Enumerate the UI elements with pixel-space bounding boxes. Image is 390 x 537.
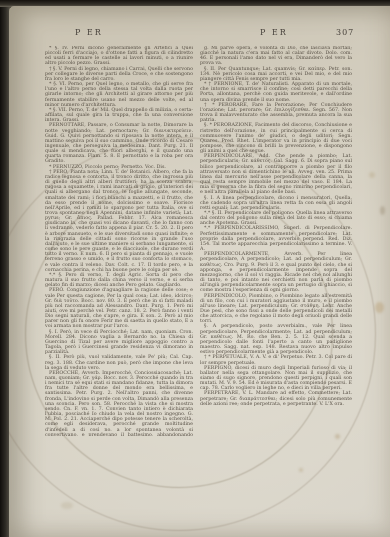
foxing-stain	[380, 206, 385, 215]
entry-paragraph: PERPIGNO, dicesi di muro degli Imperiali…	[200, 366, 352, 392]
entry-paragraph: * † PERNIONE, T. de' Naturalisti. Appara…	[200, 82, 352, 103]
entry-paragraph: §. II. Per Quantunque; Lat. quamvis; Gr.…	[200, 67, 352, 82]
entry-paragraph: §. II. Però più, vuol validamente, vale …	[45, 355, 193, 370]
text-column-right: g. Mi parve opera, e volontà di Dio, che…	[200, 46, 352, 436]
running-head-right: P ER	[260, 28, 288, 37]
entry-paragraph: * §. IV. Perni dicono generalmente gli A…	[45, 46, 193, 67]
entry-paragraph: † PERO, Pianta nota; Linn. T. de' Botani…	[45, 170, 193, 273]
foxing-stain	[299, 468, 303, 472]
entry-paragraph: † §. V. Perni di legno, chiamano i Carra…	[45, 67, 193, 82]
entry-paragraph: g. Mi parve opera, e volontà di Dio, che…	[200, 46, 352, 67]
foxing-stain	[61, 502, 73, 509]
page-number: 307	[336, 28, 354, 37]
entry-paragraph: PERÒ. Congiunzione d'aguagliare la ragio…	[45, 288, 193, 329]
text-column-left: * §. IV. Perni dicono generalmente gli A…	[45, 46, 193, 436]
running-head-left: P ER	[75, 28, 103, 37]
entry-paragraph: §. I. A linea perpendicolare, dicono i m…	[200, 196, 352, 211]
entry-paragraph: §. A perpendicolo, posto avverbialm., va…	[200, 324, 352, 355]
foxing-stain	[369, 172, 375, 178]
entry-paragraph: *.* §. II. Perpendicolare del poligono: …	[200, 211, 352, 226]
entry-paragraph: §. I. Però, in vece di Perciocché; Lat. …	[45, 330, 193, 356]
book-photo: P ER P ER 307 * §. IV. Perni dicono gene…	[0, 0, 390, 537]
foxing-stain	[375, 302, 384, 313]
entry-paragraph: PERPENDICOLO, Piombino, o Piombino legat…	[200, 294, 352, 325]
entry-paragraph: PEROCCHÉ, Avverb. Imperocché, Conciossia…	[45, 371, 193, 436]
entry-paragraph: *.* PERPENDICOLARISSIMO, Superl. di Perp…	[200, 226, 352, 252]
entry-paragraph: §. * PERORAZIONE, Facimento del discorso…	[200, 123, 352, 154]
entry-paragraph: PERPENDICOLARMENTE, Avverb. Per linea pe…	[200, 252, 352, 293]
entry-paragraph: * §. VII. Perno, T. de' Mil. Quel drappe…	[45, 108, 193, 123]
entry-paragraph: † * PERPETUALE, V. A. V. e di' Perpetuo.…	[200, 355, 352, 365]
entry-paragraph: † * PERORARE, Fare la Perorazione; Per C…	[200, 103, 352, 124]
entry-paragraph: PERPENDICOLARE, Add. Che pende a piombo;…	[200, 154, 352, 195]
entry-paragraph: * §. VI. Perno, per Quel legno, o metall…	[45, 82, 193, 108]
entry-paragraph: *.* §. Pero di verno, T. degli Agric. So…	[45, 273, 193, 288]
entry-paragraph: PERPETRARE, V. L. Mandare ad effetto, Co…	[200, 391, 352, 406]
book-page: P ER P ER 307 * §. IV. Perni dicono gene…	[9, 6, 390, 537]
entry-paragraph: PERNOTTARE, Passare, o Consumar la notte…	[45, 123, 193, 164]
